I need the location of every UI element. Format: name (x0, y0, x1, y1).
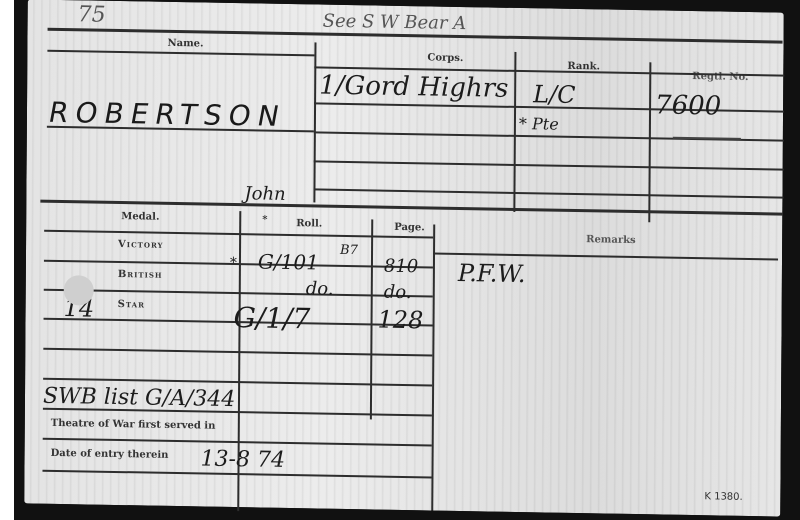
corps-label: Corps. (427, 52, 463, 64)
medal-column-header: Medal. (121, 211, 159, 223)
roll-column-header: Roll. (296, 218, 322, 229)
victory-roll-suffix: B7 (340, 243, 358, 258)
star-page: 128 (377, 306, 423, 335)
cross-reference-note: See S W Bear A (323, 11, 467, 35)
british-page: do. (384, 282, 412, 303)
name-label: Name. (167, 38, 203, 50)
card-number: 75 (78, 2, 106, 27)
punch-hole (64, 275, 94, 306)
victory-roll: G/101 (258, 249, 319, 274)
theatre-label: Theatre of War first served in (51, 418, 216, 432)
divider (370, 219, 373, 419)
medal-star-label: Star (118, 299, 145, 310)
entry-date-label: Date of entry therein (51, 448, 169, 461)
forename: John (244, 183, 285, 205)
entry-date-value: 13-8 74 (200, 446, 285, 472)
remarks-value: P.F.W. (458, 259, 526, 288)
roll-mark: * (230, 255, 237, 271)
rank-secondary: * Pte (519, 114, 559, 134)
clasp-list-note: SWB list G/A/344 (43, 384, 235, 412)
form-number: K 1380. (704, 491, 742, 503)
rule (314, 160, 784, 170)
divider (648, 62, 651, 222)
roll-header-mark: * (262, 215, 267, 226)
corps-value: 1/Gord Highrs (319, 71, 508, 104)
medal-british-label: British (118, 269, 163, 281)
regt-no-value: 7600 (655, 90, 721, 121)
divider (513, 52, 516, 212)
victory-page: 810 (384, 256, 419, 278)
medal-index-card: 75 See S W Bear A Name. Corps. Rank. Reg… (24, 0, 784, 517)
star-roll: G/1/7 (233, 301, 310, 335)
rule (47, 50, 314, 56)
rule (313, 188, 783, 198)
medal-victory-label: Victory (118, 239, 164, 251)
remarks-column-header: Remarks (586, 234, 636, 246)
page-column-header: Page. (394, 222, 425, 234)
rank-value: L/C (533, 80, 576, 109)
british-roll: do. (306, 278, 334, 299)
surname: ROBERTSON (46, 96, 289, 133)
